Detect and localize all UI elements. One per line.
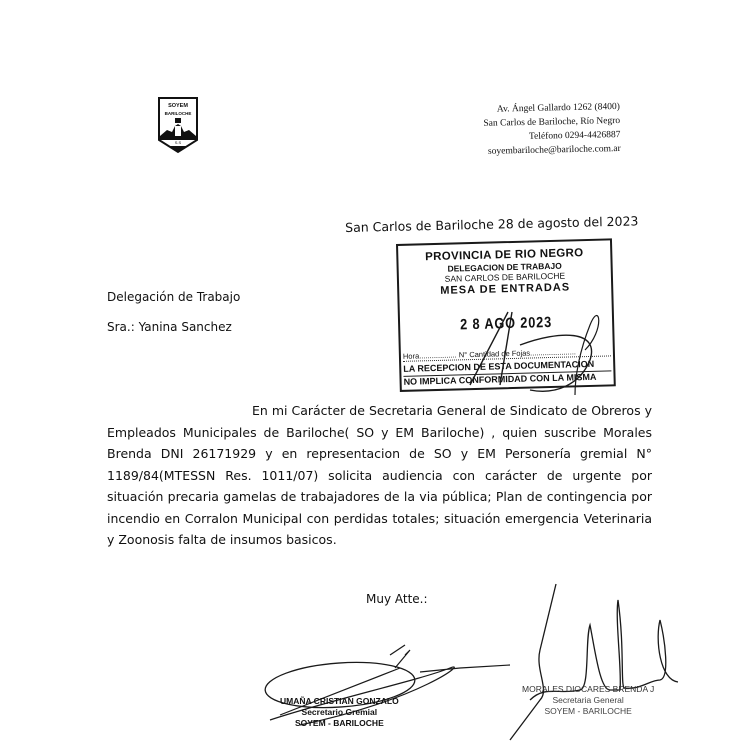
svg-text:BARILOCHE: BARILOCHE bbox=[165, 111, 192, 116]
letter-body: En mi Carácter de Secretaria General de … bbox=[107, 400, 652, 551]
letter-date: San Carlos de Bariloche 28 de agosto del… bbox=[345, 213, 639, 235]
signature-block-left: UMAÑA CRISTIAN GONZALO Secretario Gremia… bbox=[280, 696, 399, 729]
closing: Muy Atte.: bbox=[366, 592, 428, 606]
body-paragraph: En mi Carácter de Secretaria General de … bbox=[107, 400, 652, 551]
signatory-role: Secretario Gremial bbox=[280, 707, 399, 718]
signatory-org: SOYEM - BARILOCHE bbox=[280, 718, 399, 729]
soyem-shield-logo-icon: SOYEM BARILOCHE S.S bbox=[157, 96, 199, 154]
recipient-name: Sra.: Yanina Sanchez bbox=[107, 312, 240, 342]
svg-text:S.S: S.S bbox=[175, 140, 182, 145]
letterhead-contact: Av. Ángel Gallardo 1262 (8400) San Carlo… bbox=[483, 100, 621, 159]
signatory-role: Secretaria General bbox=[522, 695, 654, 706]
signature-block-right: MORALES DIOCARES BRENDA J Secretaria Gen… bbox=[522, 684, 654, 717]
recipient-block: Delegación de Trabajo Sra.: Yanina Sanch… bbox=[107, 282, 240, 342]
contact-email: soyembariloche@bariloche.com.ar bbox=[484, 142, 621, 159]
recipient-office: Delegación de Trabajo bbox=[107, 282, 240, 312]
reception-stamp: PROVINCIA DE RIO NEGRO DELEGACION DE TRA… bbox=[396, 238, 616, 392]
signatory-org: SOYEM - BARILOCHE bbox=[522, 706, 654, 717]
signatory-name: MORALES DIOCARES BRENDA J bbox=[522, 684, 654, 695]
signature-scribbles-icon bbox=[0, 0, 750, 753]
svg-text:SOYEM: SOYEM bbox=[168, 103, 188, 109]
signatory-name: UMAÑA CRISTIAN GONZALO bbox=[280, 696, 399, 707]
stamp-date: 2 8 AGO 2023 bbox=[416, 313, 597, 335]
